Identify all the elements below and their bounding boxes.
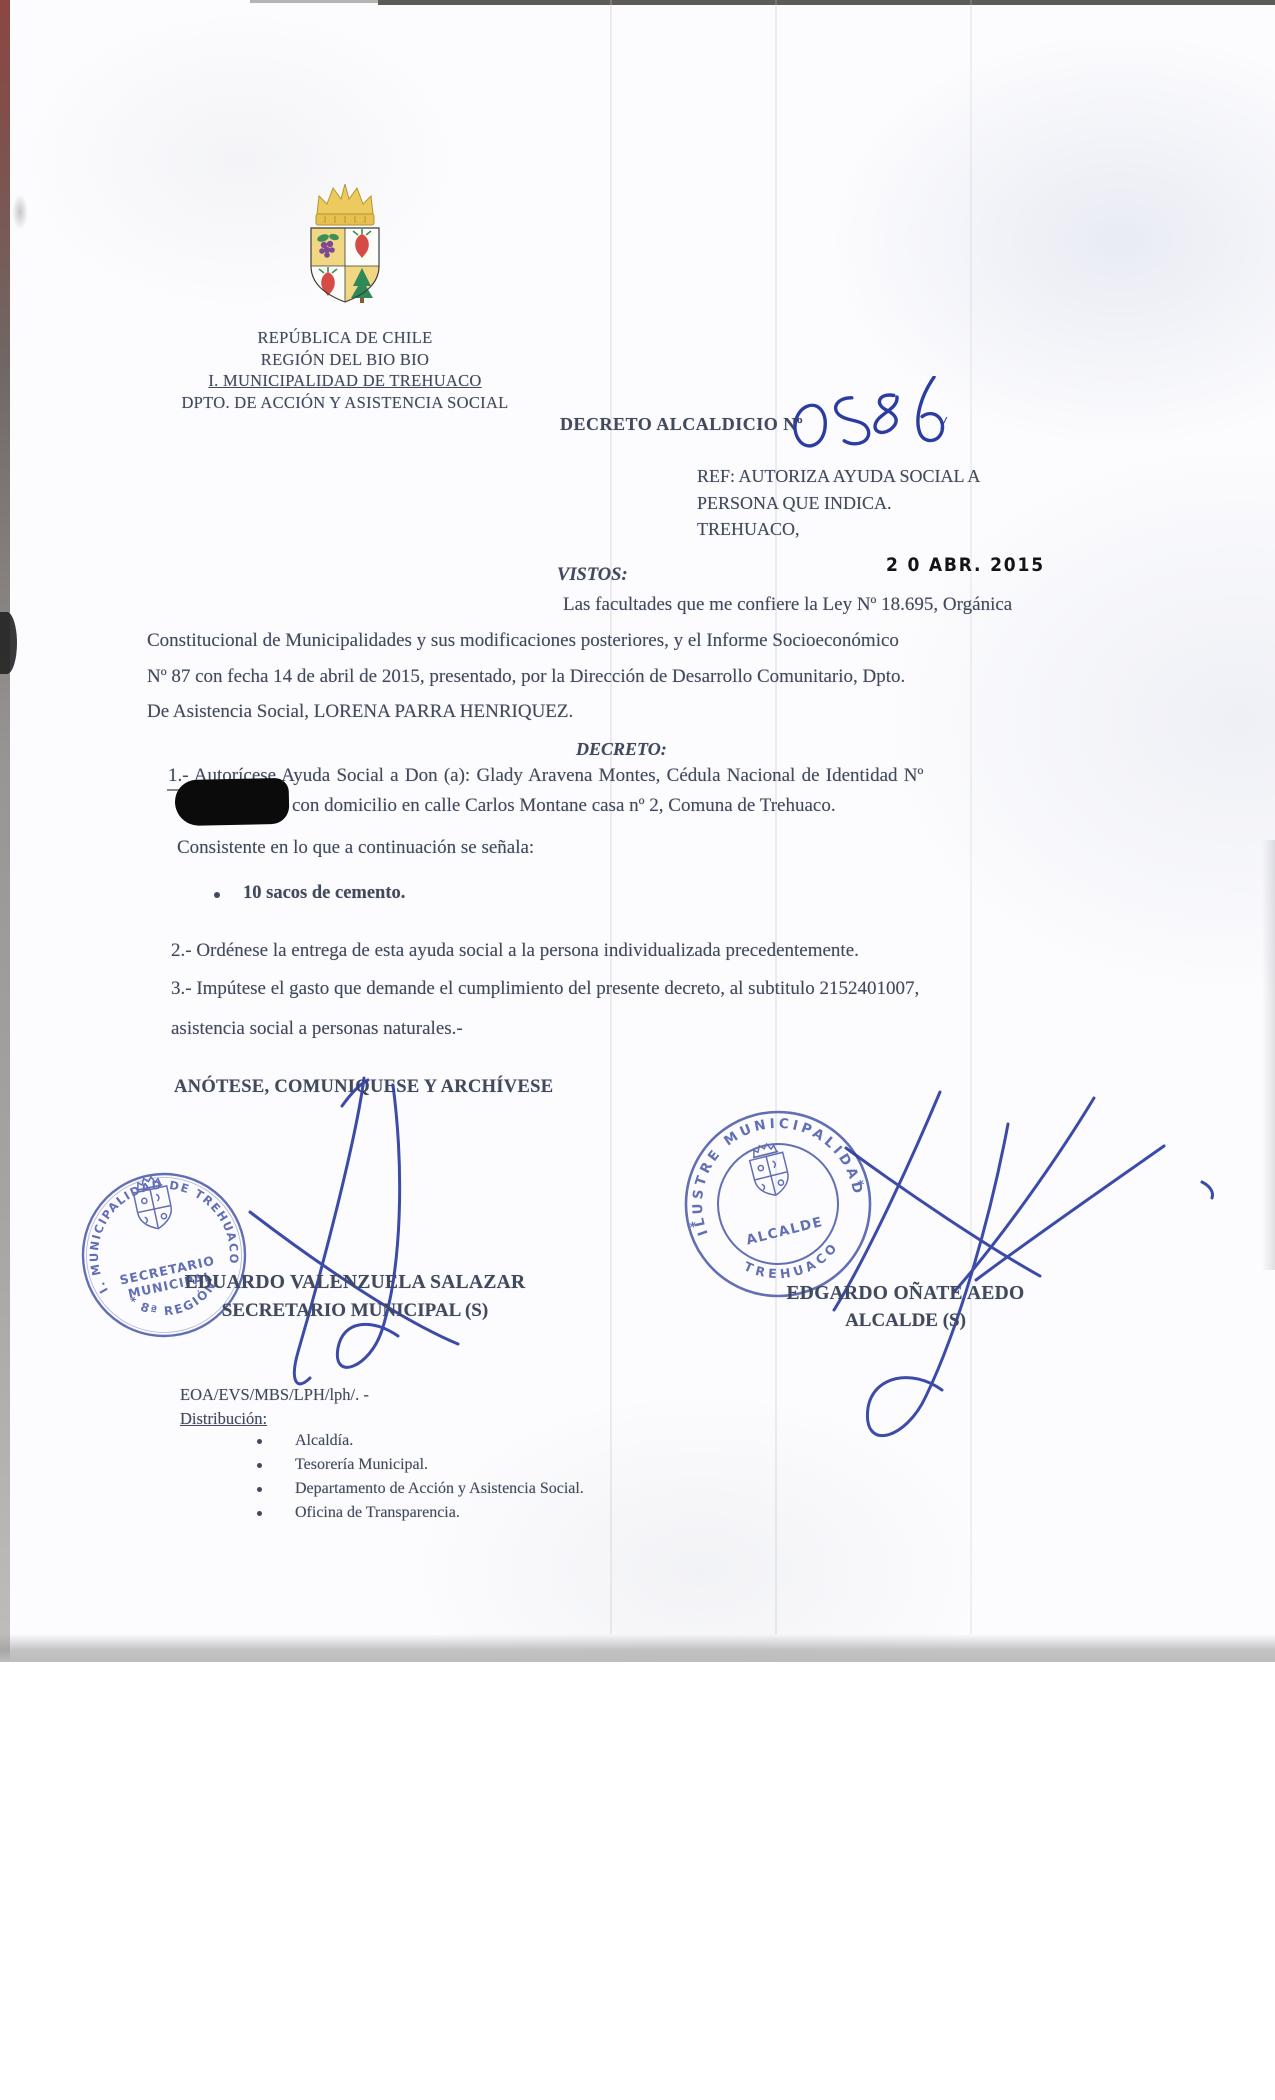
footer-initials: EOA/EVS/MBS/LPH/lph/. - xyxy=(180,1385,369,1405)
bullet-icon xyxy=(257,1463,262,1468)
alcalde-title: ALCALDE (S) xyxy=(763,1310,1048,1332)
letterhead-department: DPTO. DE ACCIÓN Y ASISTENCIA SOCIAL xyxy=(140,392,550,414)
scan-artifact-smudge xyxy=(12,194,28,230)
ref-block: REF: AUTORIZA AYUDA SOCIAL A PERSONA QUE… xyxy=(697,463,1057,543)
scan-artifact-top-edge-2 xyxy=(250,0,378,3)
scan-artifact-right-edge xyxy=(1262,840,1275,1270)
scan-artifact-left-edge xyxy=(0,0,10,1660)
decreto-item-1-line-2: con domicilio en calle Carlos Montane ca… xyxy=(292,795,836,817)
alcalde-name: EDGARDO OÑATE AEDO xyxy=(763,1283,1048,1305)
letterhead-country: REPÚBLICA DE CHILE xyxy=(140,327,550,349)
vistos-line-2: Constitucional de Municipalidades y sus … xyxy=(147,630,899,652)
date-stamp: 2 0 ABR. 2015 xyxy=(886,554,1045,576)
bullet-icon xyxy=(257,1439,262,1444)
distribution-item: Oficina de Transparencia. xyxy=(295,1504,460,1522)
shield-icon xyxy=(311,228,379,303)
right-stamp-center: ALCALDE xyxy=(745,1214,825,1249)
distribution-item: Alcaldía. xyxy=(295,1432,353,1450)
secretario-municipal-stamp: I. MUNICIPALIDAD DE TREHUACO SECRETARIO … xyxy=(62,1150,272,1365)
vistos-line-3: Nº 87 con fecha 14 de abril de 2015, pre… xyxy=(147,666,905,688)
bullet-icon xyxy=(257,1487,262,1492)
vistos-line-1: Las facultades que me confiere la Ley Nº… xyxy=(563,594,1012,616)
decree-title: DECRETO ALCALDICIO Nº xyxy=(560,414,803,435)
closing-line: ANÓTESE, COMUNIQUESE Y ARCHÍVESE xyxy=(174,1077,553,1098)
scan-artifact-top-edge xyxy=(378,0,1275,5)
scan-fold-line-1 xyxy=(610,0,612,1634)
scan-paper: REPÚBLICA DE CHILE REGIÓN DEL BIO BIO I.… xyxy=(0,0,1275,1662)
letterhead-municipality: I. MUNICIPALIDAD DE TREHUACO xyxy=(140,370,550,392)
vistos-label: VISTOS: xyxy=(557,565,628,586)
scan-artifact-left-blob xyxy=(0,612,17,674)
ref-line-1: REF: AUTORIZA AYUDA SOCIAL A xyxy=(697,463,1057,490)
vistos-line-4: De Asistencia Social, LORENA PARRA HENRI… xyxy=(147,701,573,723)
decree-number-separator: / xyxy=(939,413,947,436)
bullet-item: 10 sacos de cemento. xyxy=(243,883,405,904)
ref-line-2: PERSONA QUE INDICA. xyxy=(697,490,1057,517)
bullet-icon xyxy=(214,892,220,898)
bullet-icon xyxy=(257,1511,262,1516)
secretario-signature xyxy=(250,1078,458,1384)
distribution-label: Distribución: xyxy=(180,1409,267,1429)
decreto-item-3-line-2: asistencia social a personas naturales.- xyxy=(171,1018,463,1040)
ref-line-3: TREHUACO, xyxy=(697,516,1057,543)
decreto-label: DECRETO: xyxy=(576,739,667,760)
municipal-coat-of-arms xyxy=(303,184,387,310)
secretario-name: EDUARDO VALENZUELA SALAZAR xyxy=(155,1272,555,1294)
alcalde-signature xyxy=(834,1092,1213,1436)
scan-artifact-bottom-band xyxy=(0,1634,1275,1662)
secretario-title: SECRETARIO MUNICIPAL (S) xyxy=(155,1300,555,1322)
redacted-id-number xyxy=(175,778,290,826)
consistente-line: Consistente en lo que a continuación se … xyxy=(177,837,534,859)
scanned-document-page: REPÚBLICA DE CHILE REGIÓN DEL BIO BIO I.… xyxy=(0,0,1275,2100)
distribution-item: Tesorería Municipal. xyxy=(295,1456,428,1474)
crown-icon xyxy=(316,184,374,225)
scan-fold-line-3 xyxy=(970,0,972,1634)
letterhead: REPÚBLICA DE CHILE REGIÓN DEL BIO BIO I.… xyxy=(140,327,550,413)
alcalde-stamp: ILUSTRE MUNICIPALIDAD ALCALDE TREHUACO *… xyxy=(672,1098,884,1310)
decreto-item-3-line-1: 3.- Impútese el gasto que demande el cum… xyxy=(171,978,919,1000)
letterhead-region: REGIÓN DEL BIO BIO xyxy=(140,349,550,371)
scan-fold-line-2 xyxy=(775,0,777,1634)
decreto-item-2: 2.- Ordénese la entrega de esta ayuda so… xyxy=(171,940,859,962)
distribution-item: Departamento de Acción y Asistencia Soci… xyxy=(295,1480,584,1498)
stamp-shield-icon xyxy=(747,1141,793,1200)
